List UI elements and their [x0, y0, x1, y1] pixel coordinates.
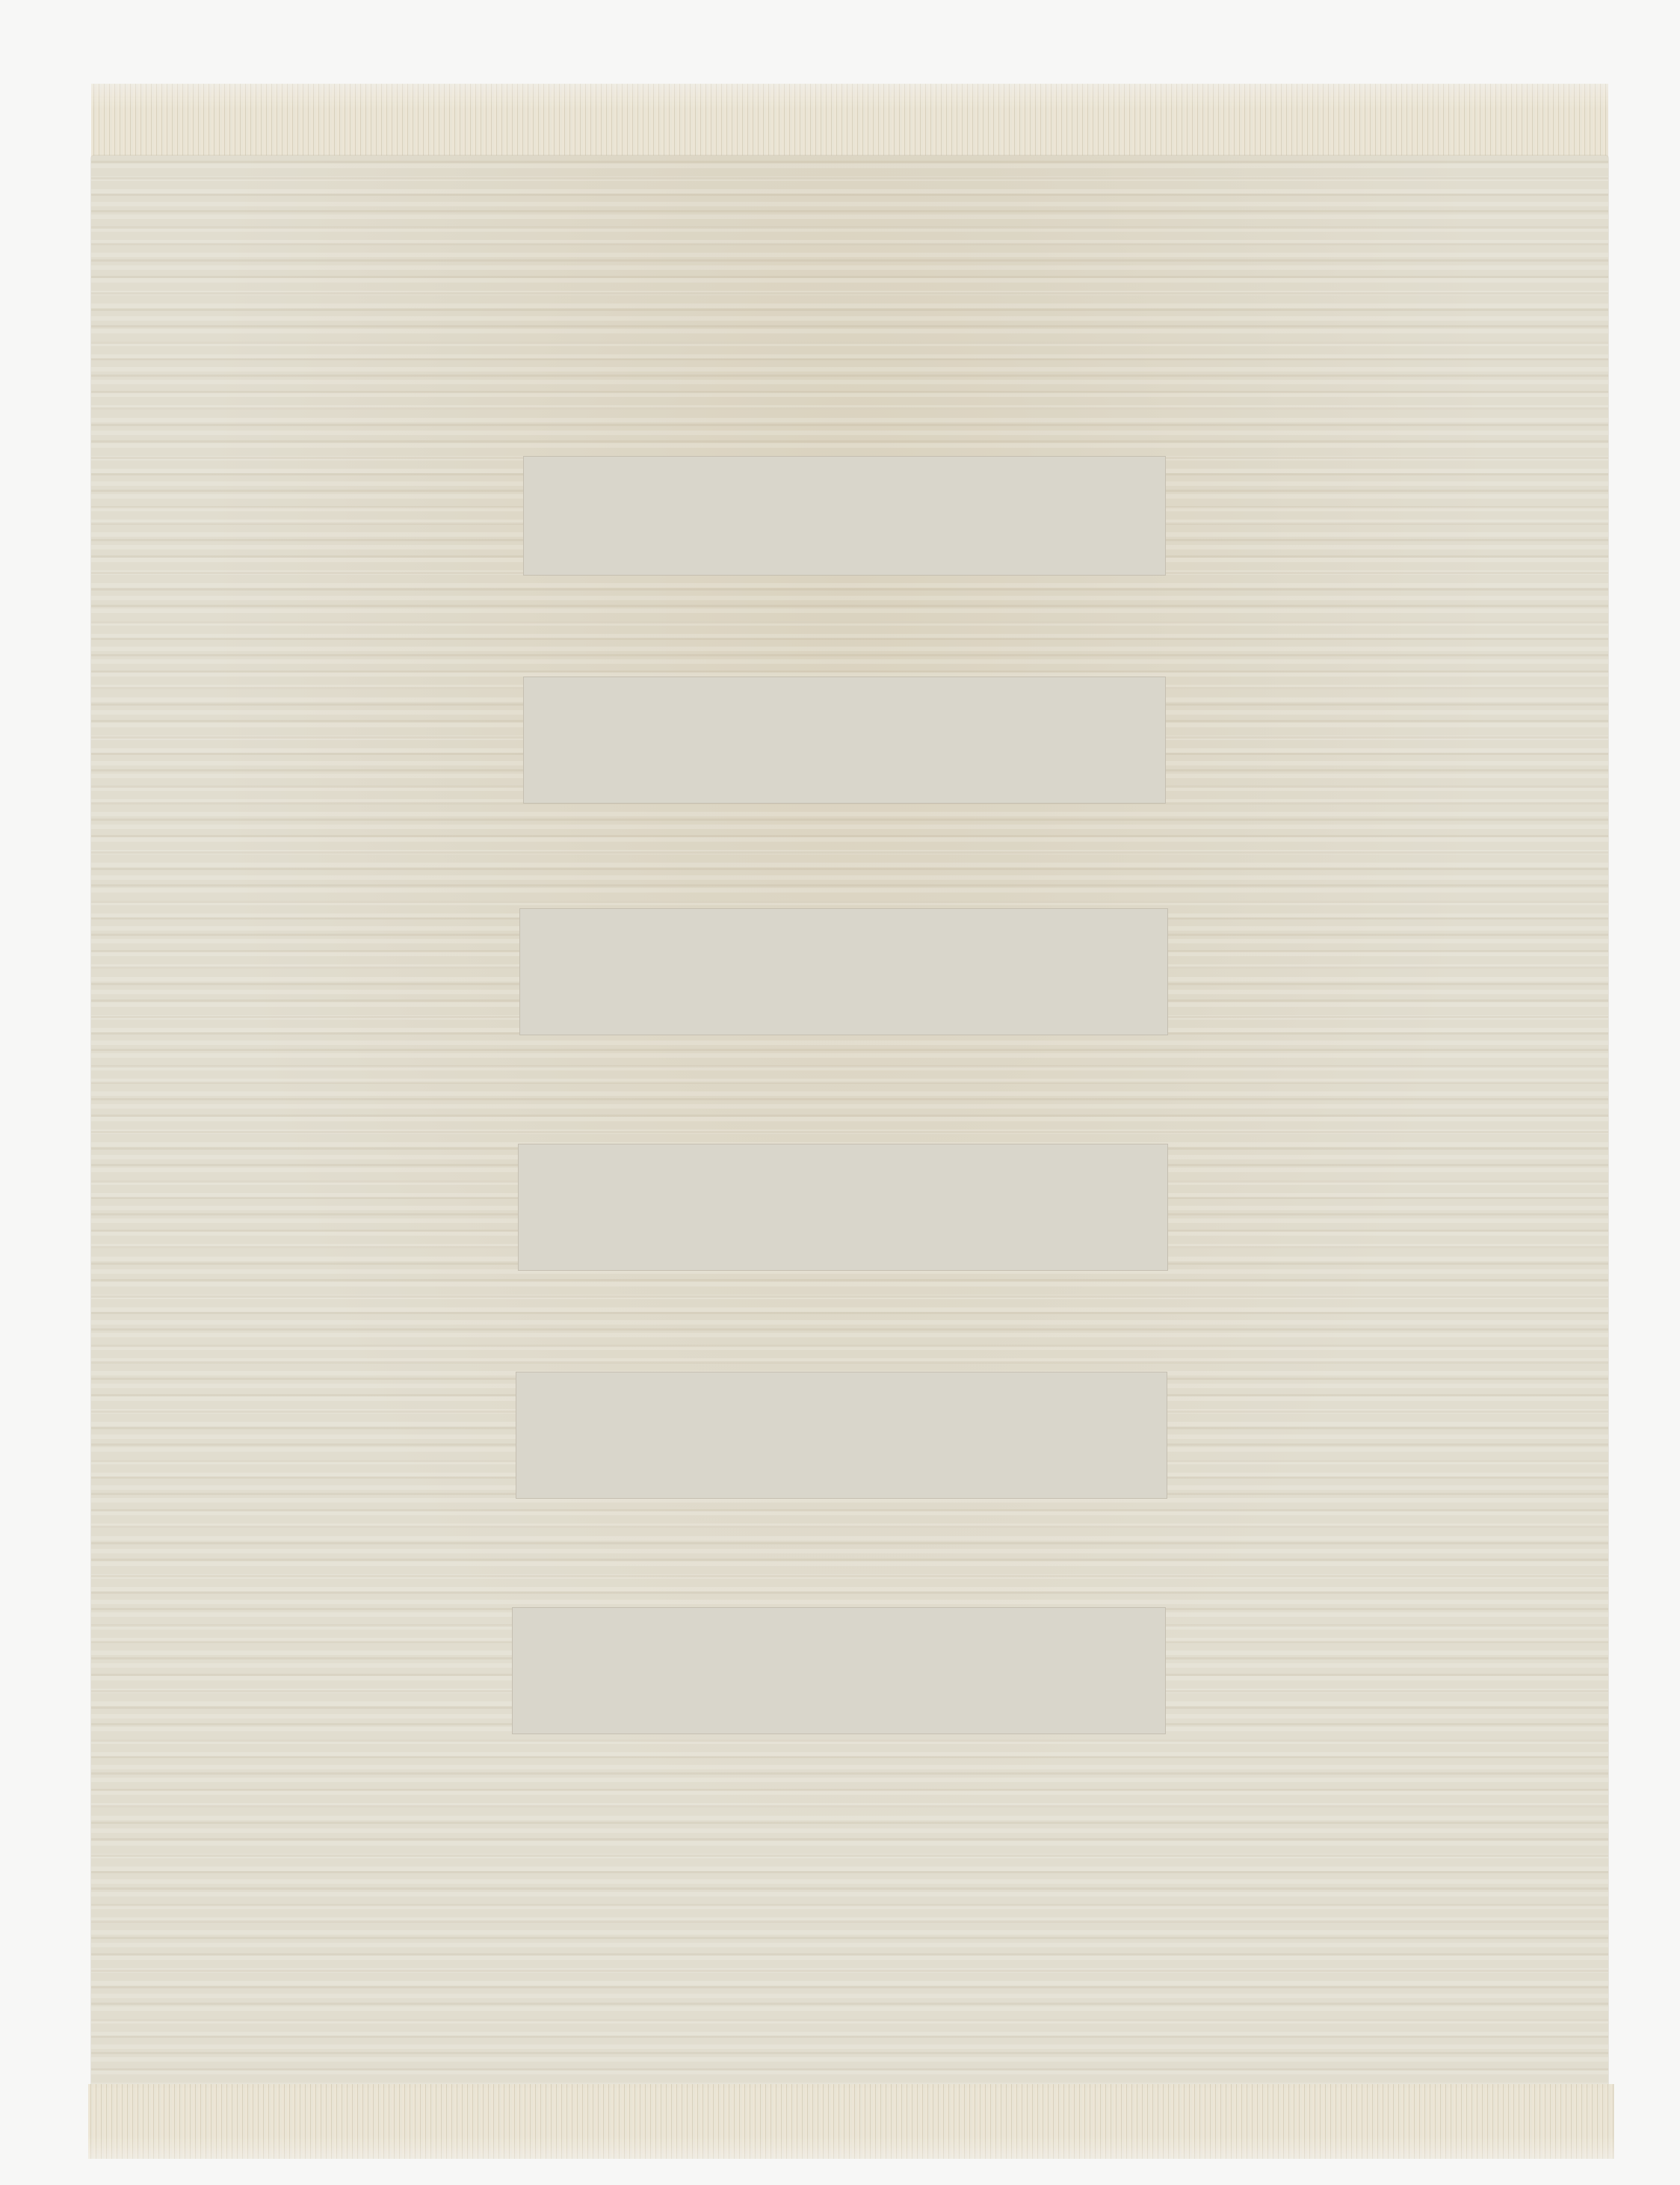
flatweave-panel: [518, 1144, 1168, 1271]
flatweave-panel: [523, 456, 1166, 576]
top-fringe: [91, 84, 1608, 166]
shag-rug: [91, 155, 1608, 2087]
flatweave-panel: [512, 1607, 1166, 1734]
bottom-fringe: [88, 2084, 1614, 2159]
flatweave-panel: [519, 908, 1168, 1035]
flatweave-panel: [523, 677, 1166, 804]
flatweave-panel: [516, 1372, 1167, 1499]
